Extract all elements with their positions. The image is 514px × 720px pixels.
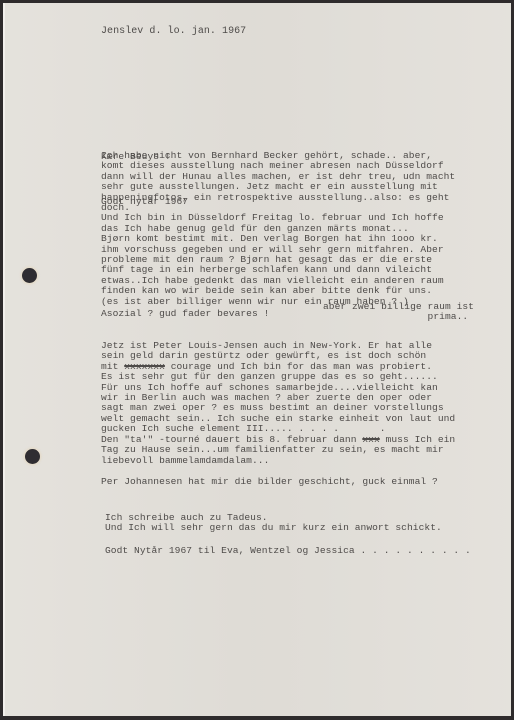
- text-line: prima..: [323, 312, 474, 322]
- paragraph-4: Per Johannesen hat mir die bilder geschi…: [101, 477, 438, 487]
- paragraph-3: Den "ta'" -tourné dauert bis 8. februar …: [101, 435, 455, 466]
- closing-line: Godt Nytår 1967 til Eva, Wentzel og Jess…: [105, 546, 471, 556]
- struck-out-text: xxx: [362, 434, 379, 445]
- letter-page: Jenslev d. lo. jan. 1967 Kære Beuys ! Go…: [3, 3, 511, 716]
- punch-hole-bottom: [25, 449, 40, 464]
- punch-hole-top: [22, 268, 37, 283]
- paragraph-1: Ich habe nicht von Bernhard Becker gehör…: [101, 151, 455, 307]
- text-line: happeningfotos, ein retrospektive ausste…: [101, 193, 455, 203]
- date-line: Jenslev d. lo. jan. 1967: [101, 27, 246, 37]
- struck-out-text: xxxxxxx: [124, 361, 165, 372]
- paragraph-5: Ich schreibe auch zu Tadeus.Und Ich will…: [105, 513, 442, 534]
- margin-note: aber zwei billige raum ist prima..: [323, 302, 474, 323]
- asozial-line: Asozial ? gud fader bevares !: [101, 309, 269, 319]
- text-line: liebevoll bammelamdamdalam...: [101, 456, 455, 466]
- text-line: Und Ich will sehr gern das du mir kurz e…: [105, 523, 442, 533]
- paragraph-2: Jetz ist Peter Louis-Jensen auch in New-…: [101, 341, 455, 435]
